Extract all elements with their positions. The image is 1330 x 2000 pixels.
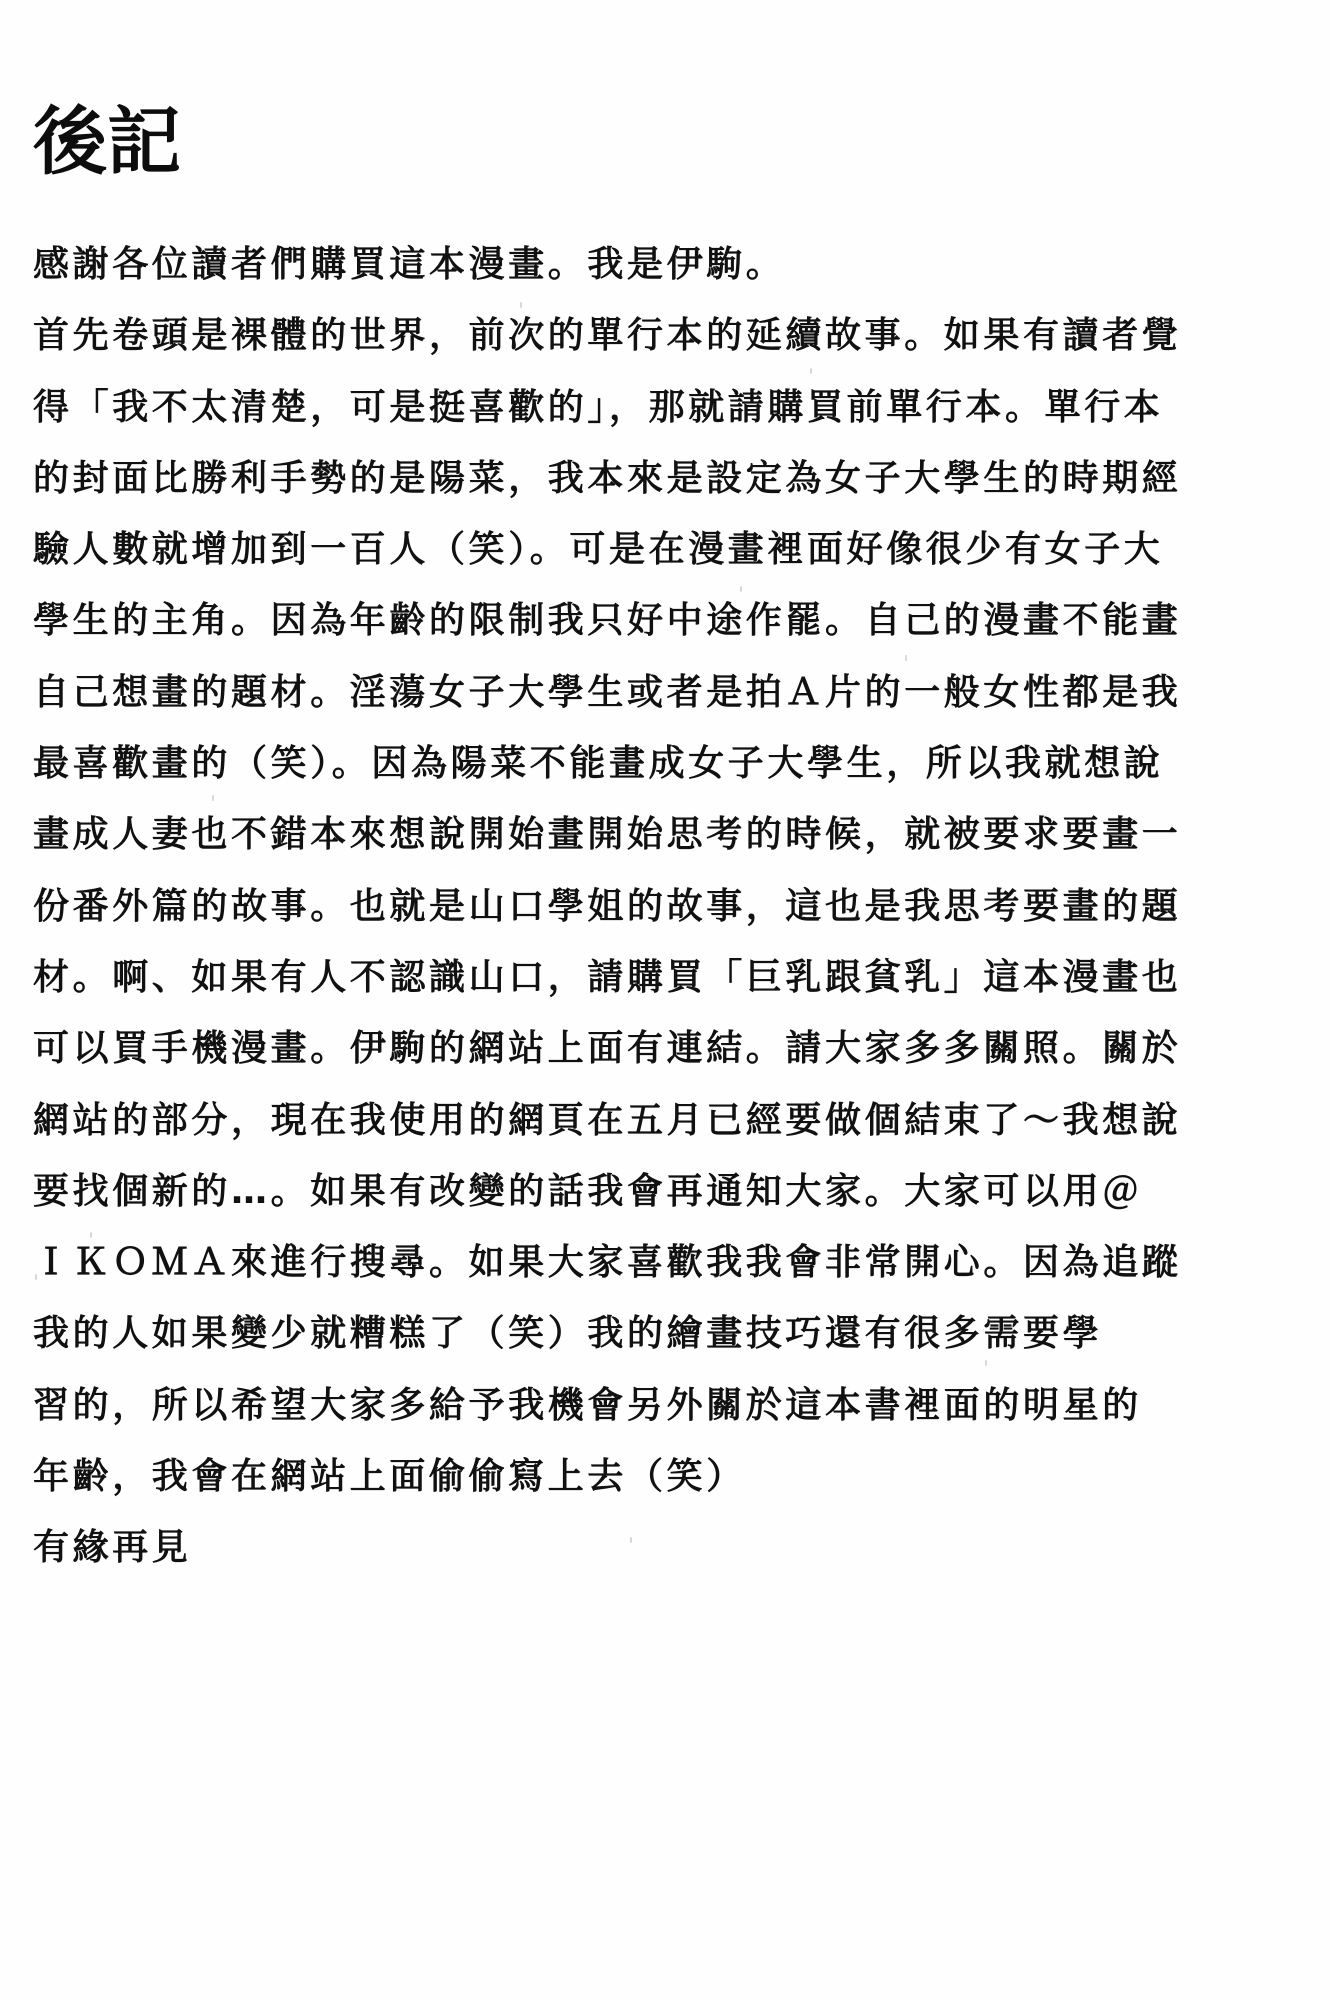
body-line: 得「我不太清楚，可是挺喜歡的」，那就請購買前單行本。單行本	[33, 372, 1233, 443]
body-line: 首先卷頭是裸體的世界，前次的單行本的延續故事。如果有讀者覺	[33, 300, 1233, 371]
body-line: 年齡，我會在網站上面偷偷寫上去（笑）	[33, 1441, 1233, 1512]
body-line: 材。啊、如果有人不認識山口，請購買「巨乳跟貧乳」這本漫畫也	[33, 942, 1233, 1013]
afterword-body: 感謝各位讀者們購買這本漫畫。我是伊駒。 首先卷頭是裸體的世界，前次的單行本的延續…	[33, 229, 1233, 1584]
body-line: 感謝各位讀者們購買這本漫畫。我是伊駒。	[33, 229, 1233, 300]
body-line: 我的人如果變少就糟糕了（笑）我的繪畫技巧還有很多需要學	[33, 1298, 1233, 1369]
scan-speck	[520, 302, 522, 308]
scan-speck	[212, 795, 214, 801]
scan-speck	[740, 586, 742, 592]
body-line: 畫成人妻也不錯本來想說開始畫開始思考的時候，就被要求要畫一	[33, 799, 1233, 870]
body-line: 的封面比勝利手勢的是陽菜，我本來是設定為女子大學生的時期經	[33, 443, 1233, 514]
afterword-page: 後記 感謝各位讀者們購買這本漫畫。我是伊駒。 首先卷頭是裸體的世界，前次的單行本…	[0, 0, 1330, 2000]
body-line: 驗人數就增加到一百人（笑）。可是在漫畫裡面好像很少有女子大	[33, 514, 1233, 585]
scan-speck	[985, 1360, 987, 1366]
scan-speck	[90, 1232, 92, 1238]
body-line: 可以買手機漫畫。伊駒的網站上面有連結。請大家多多關照。關於	[33, 1013, 1233, 1084]
scan-speck	[810, 368, 812, 374]
body-line: 自己想畫的題材。淫蕩女子大學生或者是拍Ａ片的一般女性都是我	[33, 657, 1233, 728]
body-line: 要找個新的…。如果有改變的話我會再通知大家。大家可以用＠	[33, 1156, 1233, 1227]
body-line: 有緣再見	[33, 1512, 1233, 1583]
scan-speck	[630, 1537, 632, 1543]
body-line: 習的，所以希望大家多給予我機會另外關於這本書裡面的明星的	[33, 1370, 1233, 1441]
body-line: 網站的部分，現在我使用的網頁在五月已經要做個結束了～我想說	[33, 1085, 1233, 1156]
body-line: 份番外篇的故事。也就是山口學姐的故事，這也是我思考要畫的題	[33, 871, 1233, 942]
scan-speck	[35, 1274, 37, 1280]
page-title: 後記	[33, 102, 181, 182]
body-line: 學生的主角。因為年齡的限制我只好中途作罷。自己的漫畫不能畫	[33, 585, 1233, 656]
scan-speck	[905, 655, 907, 661]
body-line: ＩＫＯＭＡ來進行搜尋。如果大家喜歡我我會非常開心。因為追蹤	[33, 1227, 1233, 1298]
body-line: 最喜歡畫的（笑）。因為陽菜不能畫成女子大學生，所以我就想說	[33, 728, 1233, 799]
